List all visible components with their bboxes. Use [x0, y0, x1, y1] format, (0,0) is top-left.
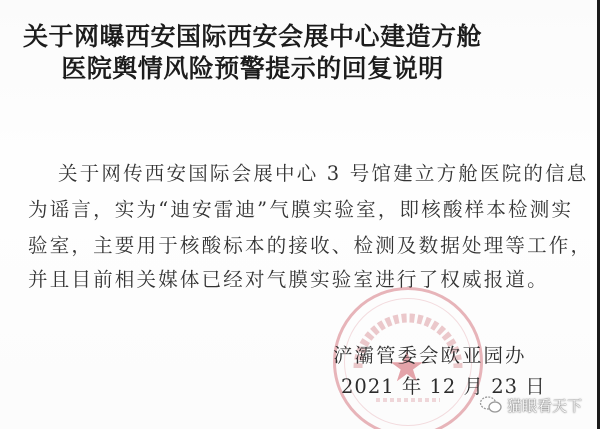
body-paragraph-line-4: 并且目前相关媒体已经对气膜实验室进行了权威报道。 [28, 264, 549, 292]
document-page: 关于网曝西安国际西安会展中心建造方舱 医院舆情风险预警提示的回复说明 关于网传西… [0, 0, 597, 429]
document-title-line-1: 关于网曝西安国际西安会展中心建造方舱 [0, 17, 551, 53]
issuer-signature: 浐灞管委会欧亚园办 [333, 340, 527, 368]
body-paragraph-line-2: 为谣言，实为“迪安雷迪”气膜实验室，即核酸样本检测实 [28, 194, 573, 222]
body-paragraph-line-1: 关于网传西安国际会展中心 3 号馆建立方舱医院的信息 [58, 158, 589, 186]
wechat-watermark: 猫眼看天下 [479, 395, 582, 415]
document-title-line-2: 医院舆情风险预警提示的回复说明 [0, 49, 551, 85]
watermark-text: 猫眼看天下 [507, 395, 582, 416]
wechat-icon [479, 396, 503, 414]
body-paragraph-line-3: 验室，主要用于核酸标本的接收、检测及数据处理等工作， [28, 230, 592, 258]
